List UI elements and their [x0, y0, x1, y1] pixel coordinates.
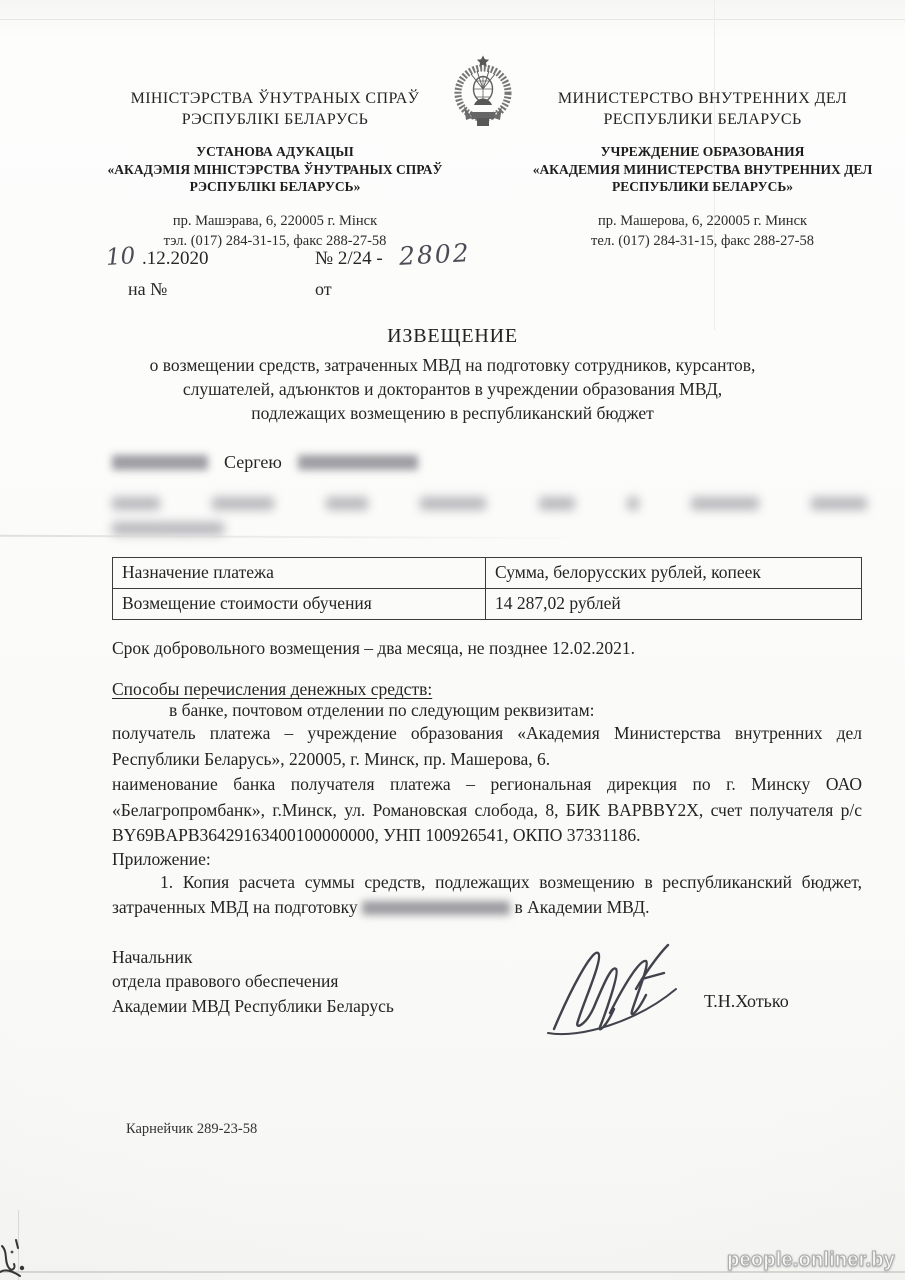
- bank-details-paragraph: наименование банка получателя платежа – …: [112, 772, 862, 849]
- ministry-name-ru: МИНИСТЕРСТВО ВНУТРЕННИХ ДЕЛ РЕСПУБЛИКИ Б…: [530, 88, 875, 130]
- addressee-line: Сергею: [112, 452, 418, 473]
- institution-name-by: УСТАНОВА АДУКАЦЫІ «АКАДЭМІЯ МІНІСТЭРСТВА…: [100, 143, 450, 196]
- institution-address-ru: пр. Машерова, 6, 220005 г. Минск тел. (0…: [530, 211, 875, 251]
- attachment-item: 1. Копия расчета суммы средств, подлежащ…: [112, 870, 862, 921]
- pen-marks-artifact: [0, 1238, 34, 1280]
- redacted-surname: [112, 455, 208, 470]
- table-cell-sum: 14 287,02 рублей: [486, 589, 862, 620]
- payment-table: Назначение платежа Сумма, белорусских ру…: [112, 557, 862, 620]
- signature-block: Начальник отдела правового обеспечения А…: [112, 945, 862, 1063]
- redacted-word: [112, 522, 224, 535]
- notice-subtitle: о возмещении средств, затраченных МВД на…: [75, 353, 830, 425]
- watermark-site-label: people.onliner.by: [727, 1249, 895, 1272]
- addressee-first-name: Сергею: [224, 452, 282, 473]
- redacted-word: [627, 497, 639, 510]
- letterhead-belarusian: МІНІСТЭРСТВА ЎНУТРАНЫХ СПРАЎ РЭСПУБЛІКІ …: [100, 88, 450, 251]
- redacted-patronymic: [298, 455, 418, 470]
- table-header-sum: Сумма, белорусских рублей, копеек: [486, 558, 862, 589]
- paper-crease: [0, 19, 905, 20]
- reply-to-label: на №: [128, 279, 167, 300]
- letterhead-russian: МИНИСТЕРСТВО ВНУТРЕННИХ ДЕЛ РЕСПУБЛИКИ Б…: [530, 88, 875, 251]
- outgoing-number-label: № 2/24 -: [315, 248, 383, 270]
- attachment-text-after: в Академии МВД.: [514, 897, 649, 917]
- methods-intro: в банке, почтовом отделении по следующим…: [112, 700, 862, 721]
- signer-name: Т.Н.Хотько: [704, 991, 789, 1012]
- letter-body: Назначение платежа Сумма, белорусских ру…: [112, 557, 862, 1138]
- attachment-heading: Приложение:: [112, 849, 862, 870]
- redacted-word: [112, 497, 160, 510]
- paper-crease: [0, 535, 600, 540]
- belarus-coat-of-arms-icon: [450, 54, 516, 132]
- institution-name-ru: УЧРЕЖДЕНИЕ ОБРАЗОВАНИЯ «АКАДЕМИЯ МИНИСТЕ…: [530, 143, 875, 196]
- notice-title: ИЗВЕЩЕНИЕ: [75, 325, 830, 348]
- methods-heading: Способы перечисления денежных средств:: [112, 679, 862, 700]
- table-cell-purpose: Возмещение стоимости обучения: [113, 589, 486, 620]
- handwritten-day: 10: [105, 243, 136, 271]
- table-row: Назначение платежа Сумма, белорусских ру…: [113, 558, 862, 589]
- from-label: от: [315, 279, 332, 300]
- redacted-word: [811, 497, 867, 510]
- redacted-word: [691, 497, 759, 510]
- reference-block: 10 .12.2020 № 2/24 - 2802 на № от: [112, 246, 552, 308]
- table-row: Возмещение стоимости обучения 14 287,02 …: [113, 589, 862, 620]
- redacted-word: [326, 497, 368, 510]
- redacted-address-line-2: [112, 522, 224, 540]
- executor-line: Карнейчик 289-23-58: [112, 1121, 862, 1138]
- redacted-address-line-1: [112, 497, 867, 510]
- scanned-letter-page: МІНІСТЭРСТВА ЎНУТРАНЫХ СПРАЎ РЭСПУБЛІКІ …: [0, 0, 905, 1280]
- handwritten-number: 2802: [398, 238, 471, 271]
- ministry-name-by: МІНІСТЭРСТВА ЎНУТРАНЫХ СПРАЎ РЭСПУБЛІКІ …: [100, 88, 450, 130]
- redacted-word: [420, 497, 486, 510]
- redacted-word: [539, 497, 575, 510]
- handwritten-signature: [540, 931, 682, 1043]
- table-header-purpose: Назначение платежа: [113, 558, 486, 589]
- redacted-word: [212, 497, 274, 510]
- redacted-name-inline: [362, 901, 510, 915]
- notice-title-block: ИЗВЕЩЕНИЕ о возмещении средств, затрачен…: [75, 325, 830, 425]
- deadline-paragraph: Срок добровольного возмещения – два меся…: [112, 638, 862, 659]
- recipient-paragraph: получатель платежа – учреждение образова…: [112, 721, 862, 772]
- printed-date: .12.2020: [142, 248, 209, 270]
